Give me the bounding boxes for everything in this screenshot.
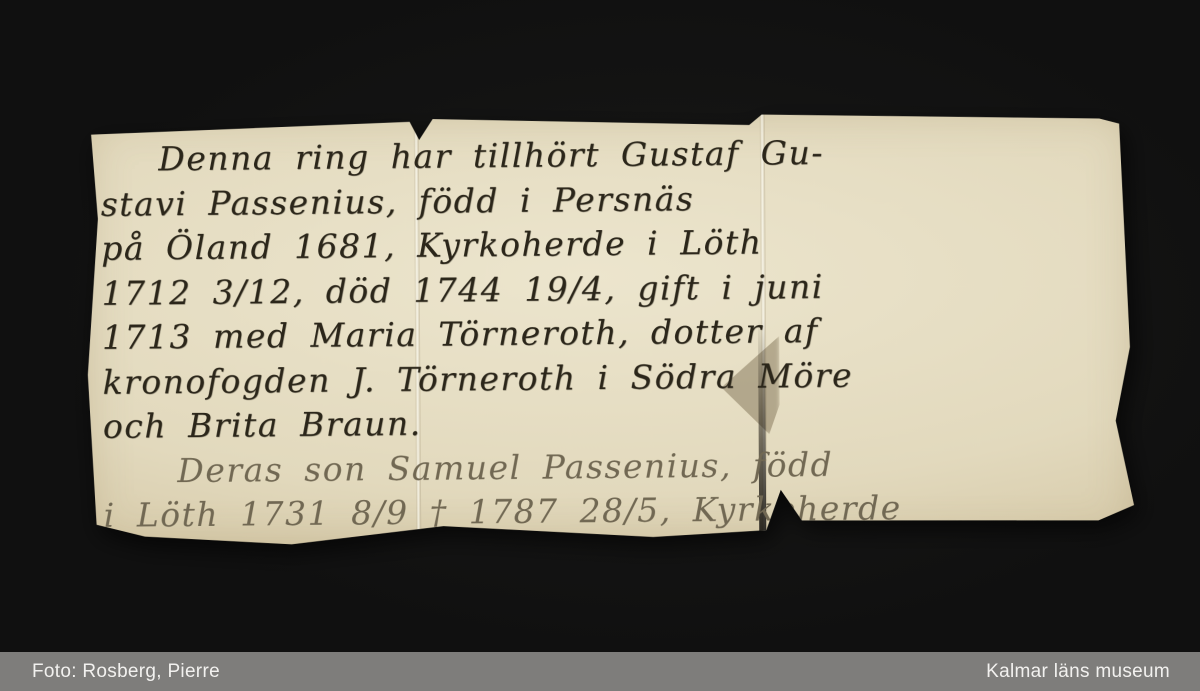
photograph: Denna ring har tillhört Gustaf Gu- stavi… bbox=[0, 0, 1200, 691]
museum-name: Kalmar läns museum bbox=[986, 661, 1170, 683]
handwritten-text: Denna ring har tillhört Gustaf Gu- stavi… bbox=[84, 107, 1136, 550]
caption-bar: Foto: Rosberg, Pierre Kalmar läns museum bbox=[0, 652, 1200, 691]
paper-wrapper: Denna ring har tillhört Gustaf Gu- stavi… bbox=[85, 109, 1136, 548]
handwritten-note-paper: Denna ring har tillhört Gustaf Gu- stavi… bbox=[85, 109, 1136, 548]
handwritten-line: i Löth 1731 8/9 † 1787 28/5, Kyrkoherde bbox=[104, 484, 1124, 538]
photographer-credit: Foto: Rosberg, Pierre bbox=[32, 661, 220, 683]
